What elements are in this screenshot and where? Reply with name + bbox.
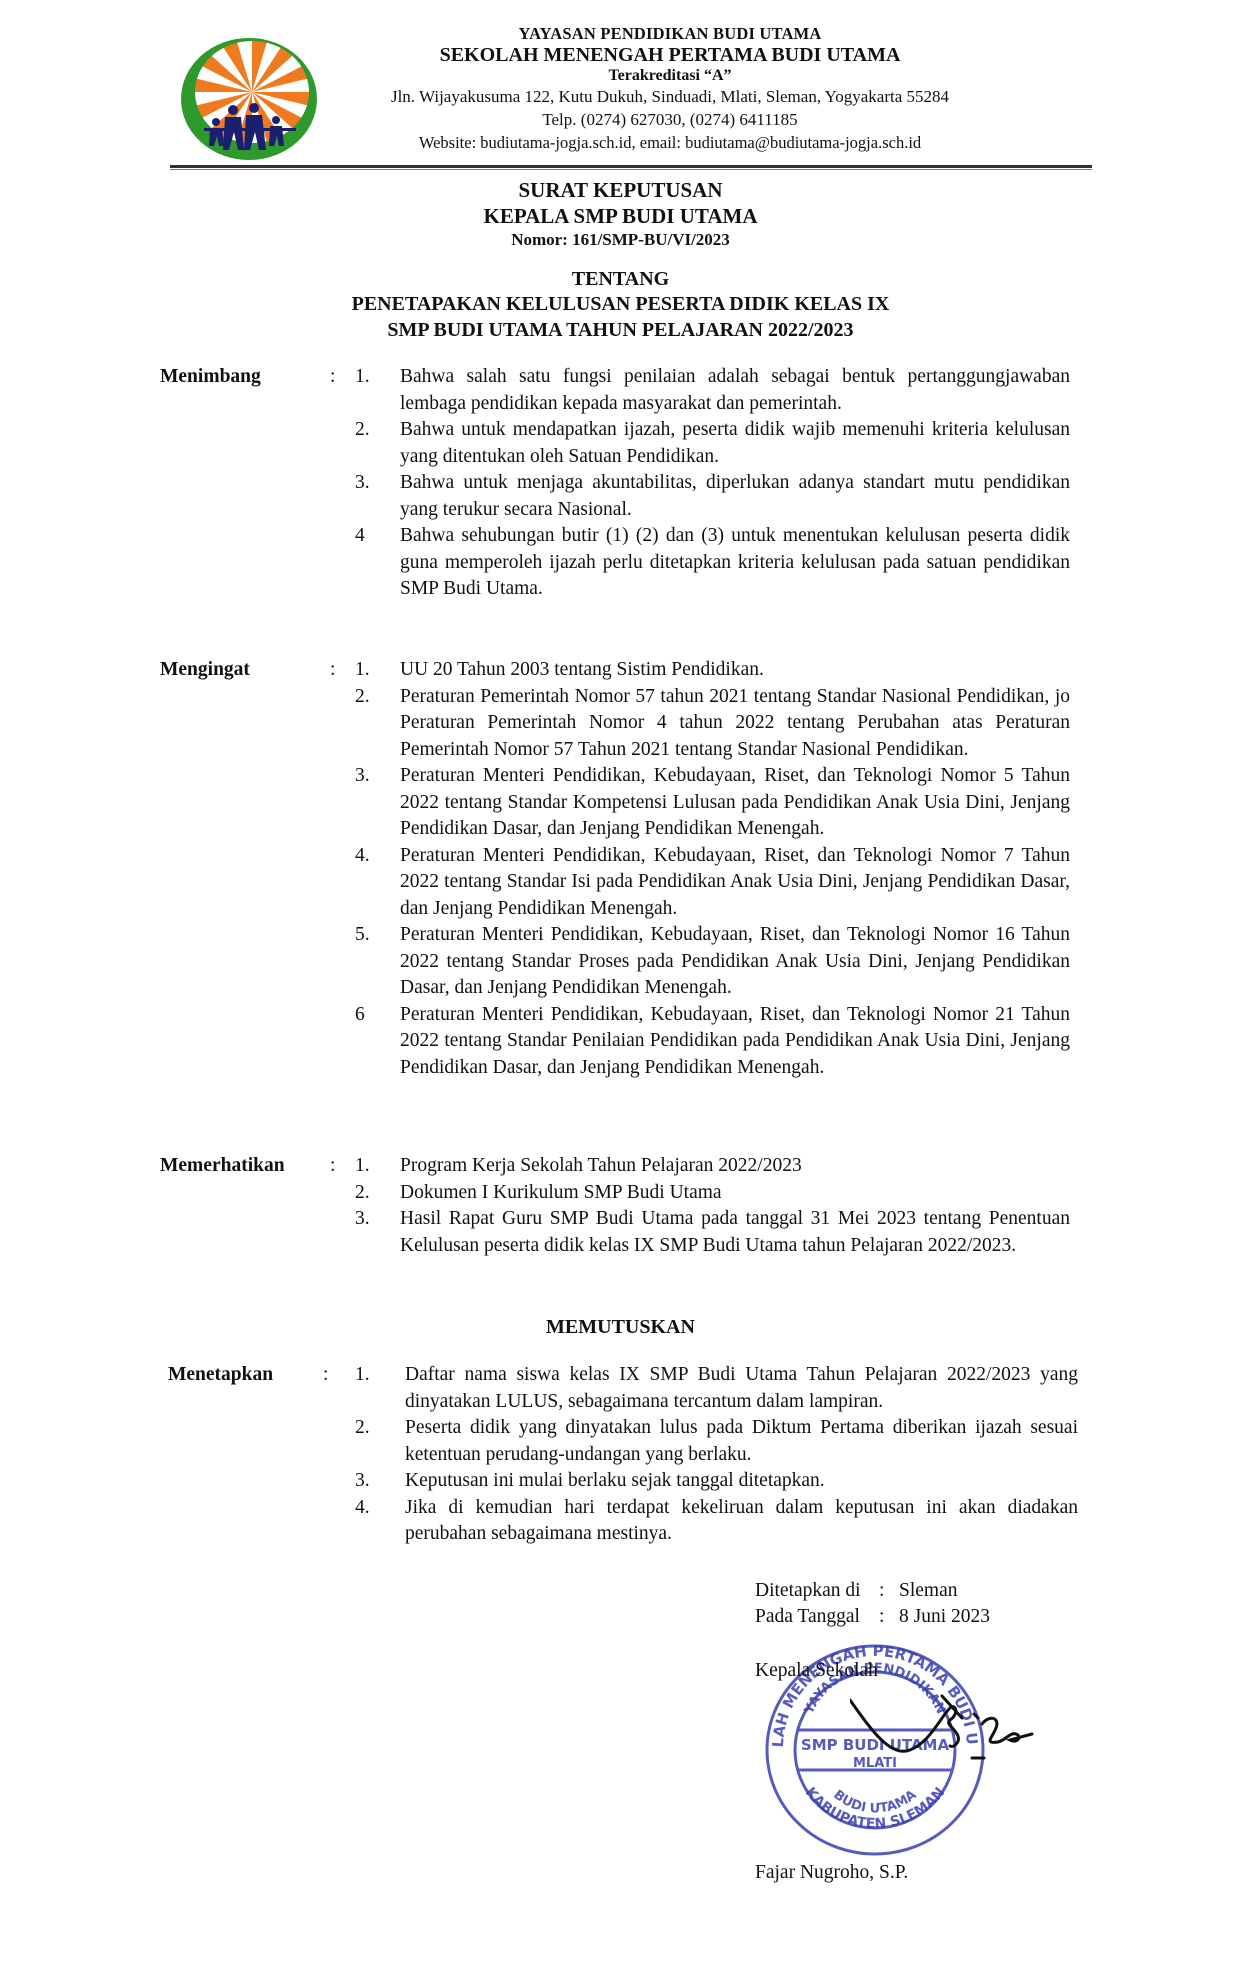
list-item: 3.Keputusan ini mulai berlaku sejak tang… bbox=[355, 1468, 1078, 1495]
list-item: 6Peraturan Menteri Pendidikan, Kebudayaa… bbox=[355, 1002, 1070, 1082]
item-number: 2. bbox=[355, 1415, 370, 1442]
section-list: 1.Program Kerja Sekolah Tahun Pelajaran … bbox=[355, 1153, 1070, 1259]
place-row: Ditetapkan di:Sleman bbox=[755, 1578, 958, 1604]
date-label: Pada Tanggal bbox=[755, 1604, 879, 1630]
doc-title: SURAT KEPUTUSAN bbox=[0, 178, 1241, 203]
item-number: 1. bbox=[355, 364, 370, 391]
date-row: Pada Tanggal:8 Juni 2023 bbox=[755, 1604, 990, 1630]
list-item: 4Bahwa sehubungan butir (1) (2) dan (3) … bbox=[355, 523, 1070, 603]
handwritten-signature-icon bbox=[850, 1688, 1090, 1788]
item-number: 5. bbox=[355, 922, 370, 949]
item-number: 3. bbox=[355, 1468, 370, 1495]
item-text: Bahwa untuk menjaga akuntabilitas, diper… bbox=[400, 472, 1070, 520]
item-number: 3. bbox=[355, 1206, 370, 1233]
item-text: Peraturan Menteri Pendidikan, Kebudayaan… bbox=[400, 1004, 1070, 1078]
item-number: 2. bbox=[355, 684, 370, 711]
place-colon: : bbox=[879, 1578, 899, 1604]
list-item: 4.Jika di kemudian hari terdapat kekelir… bbox=[355, 1495, 1078, 1548]
section-colon: : bbox=[330, 364, 335, 391]
item-text: Peraturan Menteri Pendidikan, Kebudayaan… bbox=[400, 924, 1070, 998]
item-number: 4 bbox=[355, 523, 365, 550]
decision-heading: MEMUTUSKAN bbox=[0, 1316, 1241, 1339]
website-email: Website: budiutama-jogja.sch.id, email: … bbox=[330, 133, 1010, 153]
item-text: Dokumen I Kurikulum SMP Budi Utama bbox=[400, 1182, 722, 1203]
letterhead-divider bbox=[170, 165, 1092, 170]
list-item: 2.Peraturan Pemerintah Nomor 57 tahun 20… bbox=[355, 684, 1070, 764]
item-text: Peraturan Menteri Pendidikan, Kebudayaan… bbox=[400, 845, 1070, 919]
signer-name: Fajar Nugroho, S.P. bbox=[755, 1860, 908, 1886]
item-number: 1. bbox=[355, 1153, 370, 1180]
list-item: 3.Peraturan Menteri Pendidikan, Kebudaya… bbox=[355, 763, 1070, 843]
item-number: 1. bbox=[355, 657, 370, 684]
list-item: 3.Hasil Rapat Guru SMP Budi Utama pada t… bbox=[355, 1206, 1070, 1259]
doc-number: Nomor: 161/SMP-BU/VI/2023 bbox=[0, 230, 1241, 250]
section-label: Menimbang bbox=[160, 364, 261, 391]
list-item: 2.Bahwa untuk mendapatkan ijazah, pesert… bbox=[355, 417, 1070, 470]
section-list: 1.Daftar nama siswa kelas IX SMP Budi Ut… bbox=[355, 1362, 1078, 1548]
item-text: Peraturan Pemerintah Nomor 57 tahun 2021… bbox=[400, 686, 1070, 760]
item-text: Bahwa untuk mendapatkan ijazah, peserta … bbox=[400, 419, 1070, 467]
section-list: 1.UU 20 Tahun 2003 tentang Sistim Pendid… bbox=[355, 657, 1070, 1081]
list-item: 3.Bahwa untuk menjaga akuntabilitas, dip… bbox=[355, 470, 1070, 523]
item-text: Peserta didik yang dinyatakan lulus pada… bbox=[405, 1417, 1078, 1465]
subject-line-2: SMP BUDI UTAMA TAHUN PELAJARAN 2022/2023 bbox=[0, 319, 1241, 342]
list-item: 1.Program Kerja Sekolah Tahun Pelajaran … bbox=[355, 1153, 1070, 1180]
item-number: 2. bbox=[355, 1180, 370, 1207]
place-label: Ditetapkan di bbox=[755, 1578, 879, 1604]
item-text: Bahwa salah satu fungsi penilaian adalah… bbox=[400, 366, 1070, 414]
section-label: Menetapkan bbox=[168, 1362, 273, 1389]
list-item: 5.Peraturan Menteri Pendidikan, Kebudaya… bbox=[355, 922, 1070, 1002]
address: Jln. Wijayakusuma 122, Kutu Dukuh, Sindu… bbox=[330, 87, 1010, 107]
list-item: 4.Peraturan Menteri Pendidikan, Kebudaya… bbox=[355, 843, 1070, 923]
item-number: 4. bbox=[355, 843, 370, 870]
section-label: Mengingat bbox=[160, 657, 250, 684]
list-item: 2.Peserta didik yang dinyatakan lulus pa… bbox=[355, 1415, 1078, 1468]
subject-line-1: PENETAPAKAN KELULUSAN PESERTA DIDIK KELA… bbox=[0, 293, 1241, 316]
item-text: Hasil Rapat Guru SMP Budi Utama pada tan… bbox=[400, 1208, 1070, 1256]
section-colon: : bbox=[330, 1153, 335, 1180]
item-text: Peraturan Menteri Pendidikan, Kebudayaan… bbox=[400, 765, 1070, 839]
item-number: 2. bbox=[355, 417, 370, 444]
item-text: Keputusan ini mulai berlaku sejak tangga… bbox=[405, 1470, 825, 1491]
section-colon: : bbox=[330, 657, 335, 684]
doc-issuer: KEPALA SMP BUDI UTAMA bbox=[0, 204, 1241, 229]
item-number: 6 bbox=[355, 1002, 365, 1029]
place-value: Sleman bbox=[899, 1580, 958, 1601]
list-item: 2.Dokumen I Kurikulum SMP Budi Utama bbox=[355, 1180, 1070, 1207]
date-value: 8 Juni 2023 bbox=[899, 1606, 990, 1627]
signer-position: Kepala Sekolah bbox=[755, 1658, 878, 1684]
item-text: Daftar nama siswa kelas IX SMP Budi Utam… bbox=[405, 1364, 1078, 1412]
item-text: UU 20 Tahun 2003 tentang Sistim Pendidik… bbox=[400, 659, 764, 680]
accreditation: Terakreditasi “A” bbox=[330, 67, 1010, 85]
section-colon: : bbox=[323, 1362, 328, 1389]
foundation-name: YAYASAN PENDIDIKAN BUDI UTAMA bbox=[330, 24, 1010, 44]
date-colon: : bbox=[879, 1604, 899, 1630]
list-item: 1.Daftar nama siswa kelas IX SMP Budi Ut… bbox=[355, 1362, 1078, 1415]
section-list: 1.Bahwa salah satu fungsi penilaian adal… bbox=[355, 364, 1070, 603]
signature-block: SEKOLAH MENENGAH PERTAMA BUDI UTAMA YAYA… bbox=[755, 1578, 1095, 1878]
school-name: SEKOLAH MENENGAH PERTAMA BUDI UTAMA bbox=[330, 44, 1010, 67]
item-text: Bahwa sehubungan butir (1) (2) dan (3) u… bbox=[400, 525, 1070, 599]
school-logo-icon bbox=[178, 36, 320, 162]
item-number: 4. bbox=[355, 1495, 370, 1522]
item-number: 1. bbox=[355, 1362, 370, 1389]
phone: Telp. (0274) 627030, (0274) 6411185 bbox=[330, 110, 1010, 130]
item-text: Program Kerja Sekolah Tahun Pelajaran 20… bbox=[400, 1155, 802, 1176]
section-label: Memerhatikan bbox=[160, 1153, 285, 1180]
list-item: 1.UU 20 Tahun 2003 tentang Sistim Pendid… bbox=[355, 657, 1070, 684]
item-number: 3. bbox=[355, 470, 370, 497]
item-number: 3. bbox=[355, 763, 370, 790]
list-item: 1.Bahwa salah satu fungsi penilaian adal… bbox=[355, 364, 1070, 417]
about-heading: TENTANG bbox=[0, 268, 1241, 291]
item-text: Jika di kemudian hari terdapat kekelirua… bbox=[405, 1497, 1078, 1545]
